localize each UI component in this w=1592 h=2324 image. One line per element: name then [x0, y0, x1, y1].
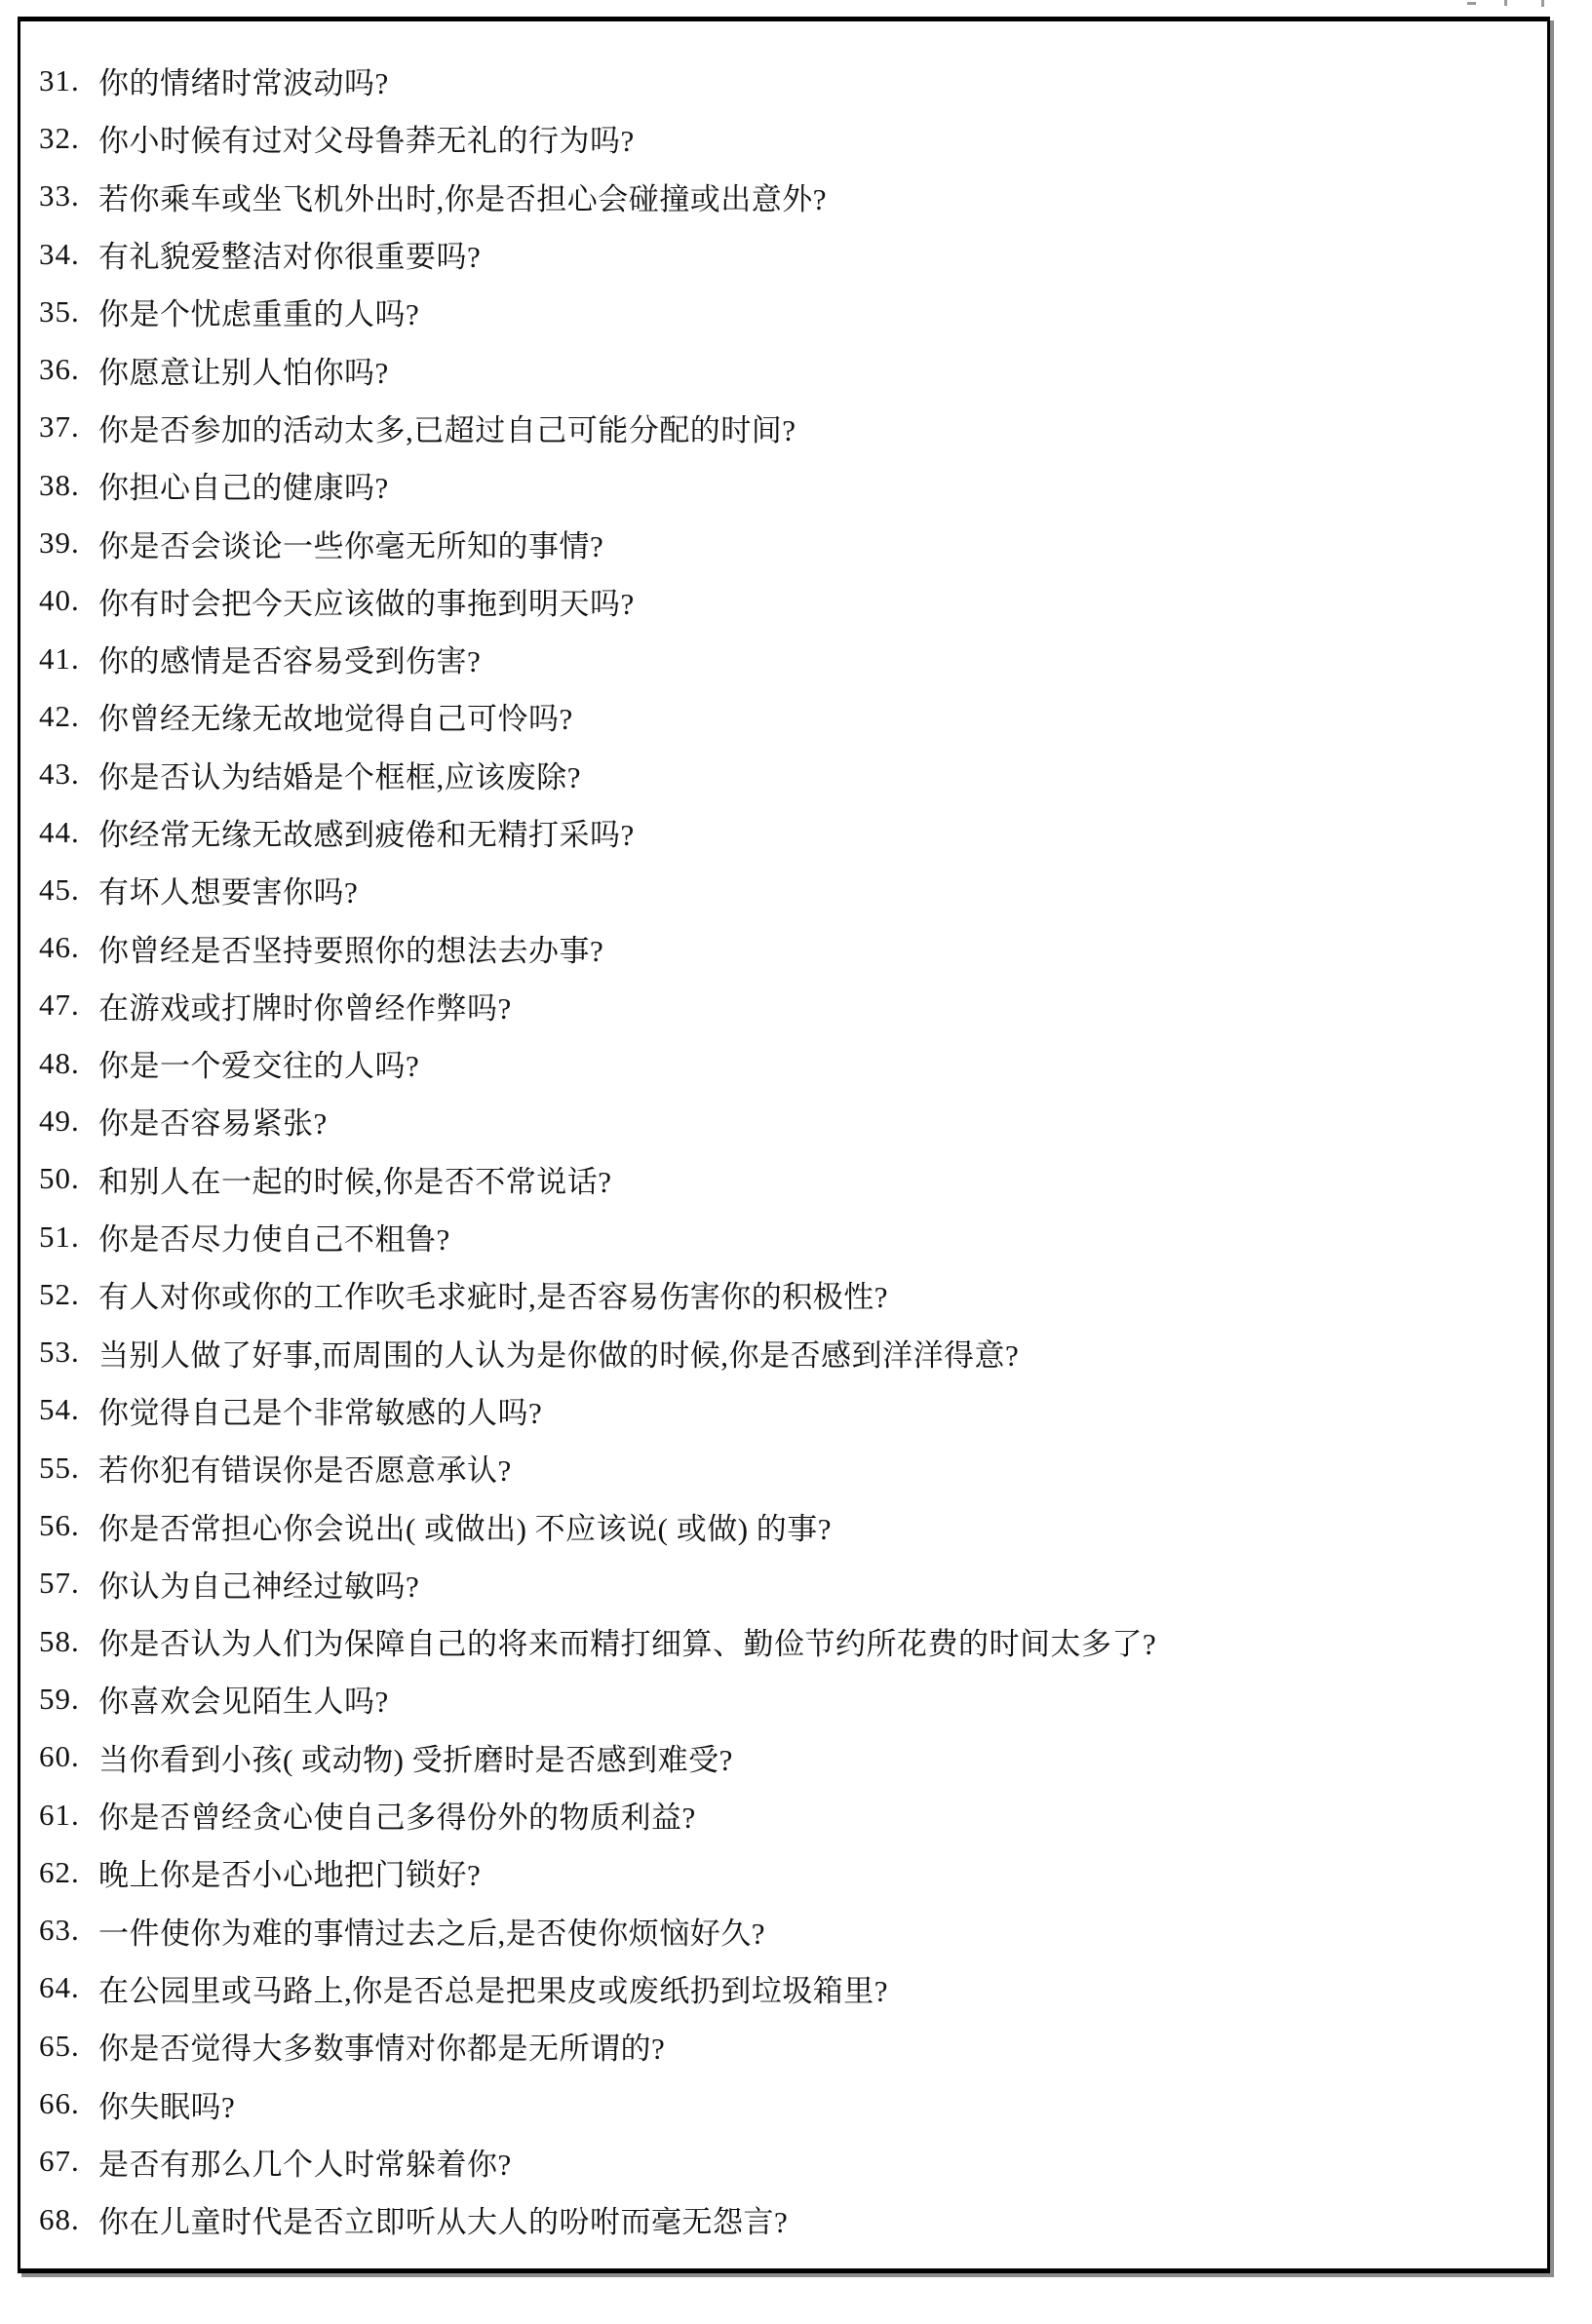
- questionnaire-page: 31. 你的情绪时常波动吗? 32. 你小时候有过对父母鲁莽无礼的行为吗? 33…: [0, 0, 1592, 2324]
- question-row: 55. 若你犯有错误你是否愿意承认?: [39, 1439, 1537, 1496]
- page-edge-artifact: [1467, 2, 1476, 5]
- question-number: 49.: [39, 1104, 98, 1139]
- question-row: 61. 你是否曾经贪心使自己多得份外的物质利益?: [39, 1786, 1537, 1843]
- question-row: 45. 有坏人想要害你吗?: [39, 861, 1537, 918]
- question-number: 63.: [39, 1913, 98, 1948]
- question-row: 58. 你是否认为人们为保障自己的将来而精打细算、勤俭节约所花费的时间太多了?: [39, 1612, 1537, 1670]
- question-number: 60.: [39, 1739, 98, 1774]
- question-text: 和别人在一起的时候,你是否不常说话?: [98, 1157, 612, 1201]
- question-text: 你在儿童时代是否立即听从大人的吩咐而毫无怨言?: [98, 2197, 788, 2241]
- question-text: 你认为自己神经过敏吗?: [98, 1562, 419, 1606]
- question-row: 50. 和别人在一起的时候,你是否不常说话?: [39, 1150, 1537, 1208]
- question-text: 你是否会谈论一些你毫无所知的事情?: [98, 522, 603, 565]
- question-text: 在公园里或马路上,你是否总是把果皮或废纸扔到垃圾箱里?: [98, 1966, 888, 2010]
- question-row: 35. 你是个忧虑重重的人吗?: [39, 283, 1537, 340]
- question-text: 是否有那么几个人时常躲着你?: [98, 2140, 512, 2184]
- question-row: 44. 你经常无缘无故感到疲倦和无精打采吗?: [39, 803, 1537, 861]
- question-text: 当你看到小孩( 或动物) 受折磨时是否感到难受?: [98, 1735, 733, 1779]
- question-text: 你是否参加的活动太多,已超过自己可能分配的时间?: [98, 406, 796, 449]
- question-text: 你的情绪时常波动吗?: [98, 58, 389, 102]
- question-number: 66.: [39, 2086, 98, 2121]
- question-list: 31. 你的情绪时常波动吗? 32. 你小时候有过对父母鲁莽无礼的行为吗? 33…: [20, 21, 1547, 2248]
- question-text: 你是否认为人们为保障自己的将来而精打细算、勤俭节约所花费的时间太多了?: [98, 1619, 1156, 1663]
- question-text: 你失眠吗?: [98, 2082, 235, 2126]
- question-row: 31. 你的情绪时常波动吗?: [39, 52, 1537, 109]
- question-number: 44.: [39, 815, 98, 850]
- question-number: 68.: [39, 2202, 98, 2237]
- question-number: 40.: [39, 583, 98, 618]
- question-text: 你是一个爱交往的人吗?: [98, 1041, 419, 1085]
- question-number: 64.: [39, 1970, 98, 2005]
- question-number: 51.: [39, 1220, 98, 1255]
- question-number: 53.: [39, 1335, 98, 1370]
- question-row: 67. 是否有那么几个人时常躲着你?: [39, 2133, 1537, 2190]
- question-row: 65. 你是否觉得大多数事情对你都是无所谓的?: [39, 2017, 1537, 2074]
- question-row: 52. 有人对你或你的工作吹毛求疵时,是否容易伤害你的积极性?: [39, 1265, 1537, 1323]
- question-number: 52.: [39, 1277, 98, 1312]
- question-text: 在游戏或打牌时你曾经作弊吗?: [98, 984, 512, 1027]
- question-row: 63. 一件使你为难的事情过去之后,是否使你烦恼好久?: [39, 1902, 1537, 1959]
- question-number: 33.: [39, 178, 98, 213]
- question-number: 55.: [39, 1451, 98, 1486]
- question-text: 一件使你为难的事情过去之后,是否使你烦恼好久?: [98, 1909, 765, 1953]
- question-row: 32. 你小时候有过对父母鲁莽无礼的行为吗?: [39, 109, 1537, 167]
- question-text: 有人对你或你的工作吹毛求疵时,是否容易伤害你的积极性?: [98, 1272, 888, 1316]
- question-text: 你是否认为结婚是个框框,应该废除?: [98, 753, 581, 796]
- question-row: 46. 你曾经是否坚持要照你的想法去办事?: [39, 918, 1537, 976]
- question-number: 32.: [39, 121, 98, 156]
- question-number: 57.: [39, 1566, 98, 1601]
- question-row: 66. 你失眠吗?: [39, 2074, 1537, 2132]
- question-row: 38. 你担心自己的健康吗?: [39, 456, 1537, 514]
- question-row: 43. 你是否认为结婚是个框框,应该废除?: [39, 746, 1537, 803]
- question-row: 36. 你愿意让别人怕你吗?: [39, 340, 1537, 398]
- question-text: 你曾经是否坚持要照你的想法去办事?: [98, 926, 603, 970]
- question-row: 60. 当你看到小孩( 或动物) 受折磨时是否感到难受?: [39, 1728, 1537, 1786]
- question-text: 你喜欢会见陌生人吗?: [98, 1677, 389, 1721]
- question-number: 42.: [39, 699, 98, 734]
- question-row: 41. 你的感情是否容易受到伤害?: [39, 630, 1537, 687]
- question-text: 你是否曾经贪心使自己多得份外的物质利益?: [98, 1793, 696, 1837]
- question-row: 39. 你是否会谈论一些你毫无所知的事情?: [39, 514, 1537, 571]
- question-text: 你小时候有过对父母鲁莽无礼的行为吗?: [98, 116, 635, 160]
- question-number: 43.: [39, 756, 98, 792]
- page-edge-artifact: [1504, 0, 1507, 6]
- question-row: 64. 在公园里或马路上,你是否总是把果皮或废纸扔到垃圾箱里?: [39, 1959, 1537, 2017]
- question-number: 48.: [39, 1046, 98, 1081]
- question-number: 50.: [39, 1161, 98, 1196]
- question-row: 37. 你是否参加的活动太多,已超过自己可能分配的时间?: [39, 399, 1537, 456]
- question-number: 62.: [39, 1855, 98, 1890]
- question-text: 晚上你是否小心地把门锁好?: [98, 1850, 481, 1894]
- question-number: 54.: [39, 1392, 98, 1427]
- question-text: 你经常无缘无故感到疲倦和无精打采吗?: [98, 810, 635, 854]
- question-row: 53. 当别人做了好事,而周围的人认为是你做的时候,你是否感到洋洋得意?: [39, 1324, 1537, 1381]
- question-text: 你的感情是否容易受到伤害?: [98, 637, 481, 680]
- question-text: 有礼貌爱整洁对你很重要吗?: [98, 232, 481, 276]
- question-row: 47. 在游戏或打牌时你曾经作弊吗?: [39, 977, 1537, 1034]
- question-text: 你愿意让别人怕你吗?: [98, 348, 389, 392]
- question-number: 45.: [39, 872, 98, 908]
- question-row: 34. 有礼貌爱整洁对你很重要吗?: [39, 225, 1537, 283]
- question-text: 若你乘车或坐飞机外出时,你是否担心会碰撞或出意外?: [98, 174, 827, 218]
- question-row: 57. 你认为自己神经过敏吗?: [39, 1555, 1537, 1612]
- question-number: 35.: [39, 294, 98, 329]
- question-text: 你是否觉得大多数事情对你都是无所谓的?: [98, 2024, 665, 2068]
- question-row: 51. 你是否尽力使自己不粗鲁?: [39, 1208, 1537, 1265]
- question-number: 46.: [39, 930, 98, 965]
- question-text: 若你犯有错误你是否愿意承认?: [98, 1446, 512, 1490]
- question-text: 你曾经无缘无故地觉得自己可怜吗?: [98, 694, 573, 738]
- question-number: 47.: [39, 988, 98, 1023]
- question-text: 你担心自己的健康吗?: [98, 463, 389, 507]
- question-text: 你是个忧虑重重的人吗?: [98, 290, 419, 333]
- question-row: 62. 晚上你是否小心地把门锁好?: [39, 1843, 1537, 1901]
- question-text: 你是否容易紧张?: [98, 1099, 328, 1143]
- question-row: 54. 你觉得自己是个非常敏感的人吗?: [39, 1381, 1537, 1439]
- question-row: 68. 你在儿童时代是否立即听从大人的吩咐而毫无怨言?: [39, 2190, 1537, 2248]
- question-row: 59. 你喜欢会见陌生人吗?: [39, 1670, 1537, 1727]
- scanned-document: { "colors":{ "text":"#121212", "border":…: [0, 0, 1592, 2324]
- page-border-frame: 31. 你的情绪时常波动吗? 32. 你小时候有过对父母鲁莽无礼的行为吗? 33…: [18, 17, 1550, 2273]
- question-number: 59.: [39, 1682, 98, 1717]
- question-text: 有坏人想要害你吗?: [98, 868, 358, 911]
- question-text: 当别人做了好事,而周围的人认为是你做的时候,你是否感到洋洋得意?: [98, 1331, 1019, 1375]
- question-row: 42. 你曾经无缘无故地觉得自己可怜吗?: [39, 687, 1537, 745]
- question-number: 31.: [39, 63, 98, 98]
- question-number: 41.: [39, 641, 98, 677]
- question-number: 34.: [39, 237, 98, 272]
- page-edge-artifact: [1541, 0, 1544, 7]
- question-row: 56. 你是否常担心你会说出( 或做出) 不应该说( 或做) 的事?: [39, 1496, 1537, 1554]
- question-number: 56.: [39, 1508, 98, 1543]
- question-number: 39.: [39, 525, 98, 561]
- question-number: 37.: [39, 409, 98, 445]
- question-text: 你觉得自己是个非常敏感的人吗?: [98, 1388, 542, 1432]
- question-row: 33. 若你乘车或坐飞机外出时,你是否担心会碰撞或出意外?: [39, 168, 1537, 225]
- question-number: 38.: [39, 468, 98, 503]
- question-text: 你是否尽力使自己不粗鲁?: [98, 1215, 450, 1259]
- question-row: 49. 你是否容易紧张?: [39, 1092, 1537, 1149]
- question-number: 61.: [39, 1798, 98, 1833]
- question-number: 58.: [39, 1624, 98, 1659]
- question-text: 你是否常担心你会说出( 或做出) 不应该说( 或做) 的事?: [98, 1504, 832, 1548]
- question-number: 65.: [39, 2029, 98, 2064]
- question-row: 40. 你有时会把今天应该做的事拖到明天吗?: [39, 572, 1537, 630]
- question-number: 36.: [39, 352, 98, 387]
- question-text: 你有时会把今天应该做的事拖到明天吗?: [98, 579, 635, 623]
- question-row: 48. 你是一个爱交往的人吗?: [39, 1034, 1537, 1092]
- question-number: 67.: [39, 2144, 98, 2179]
